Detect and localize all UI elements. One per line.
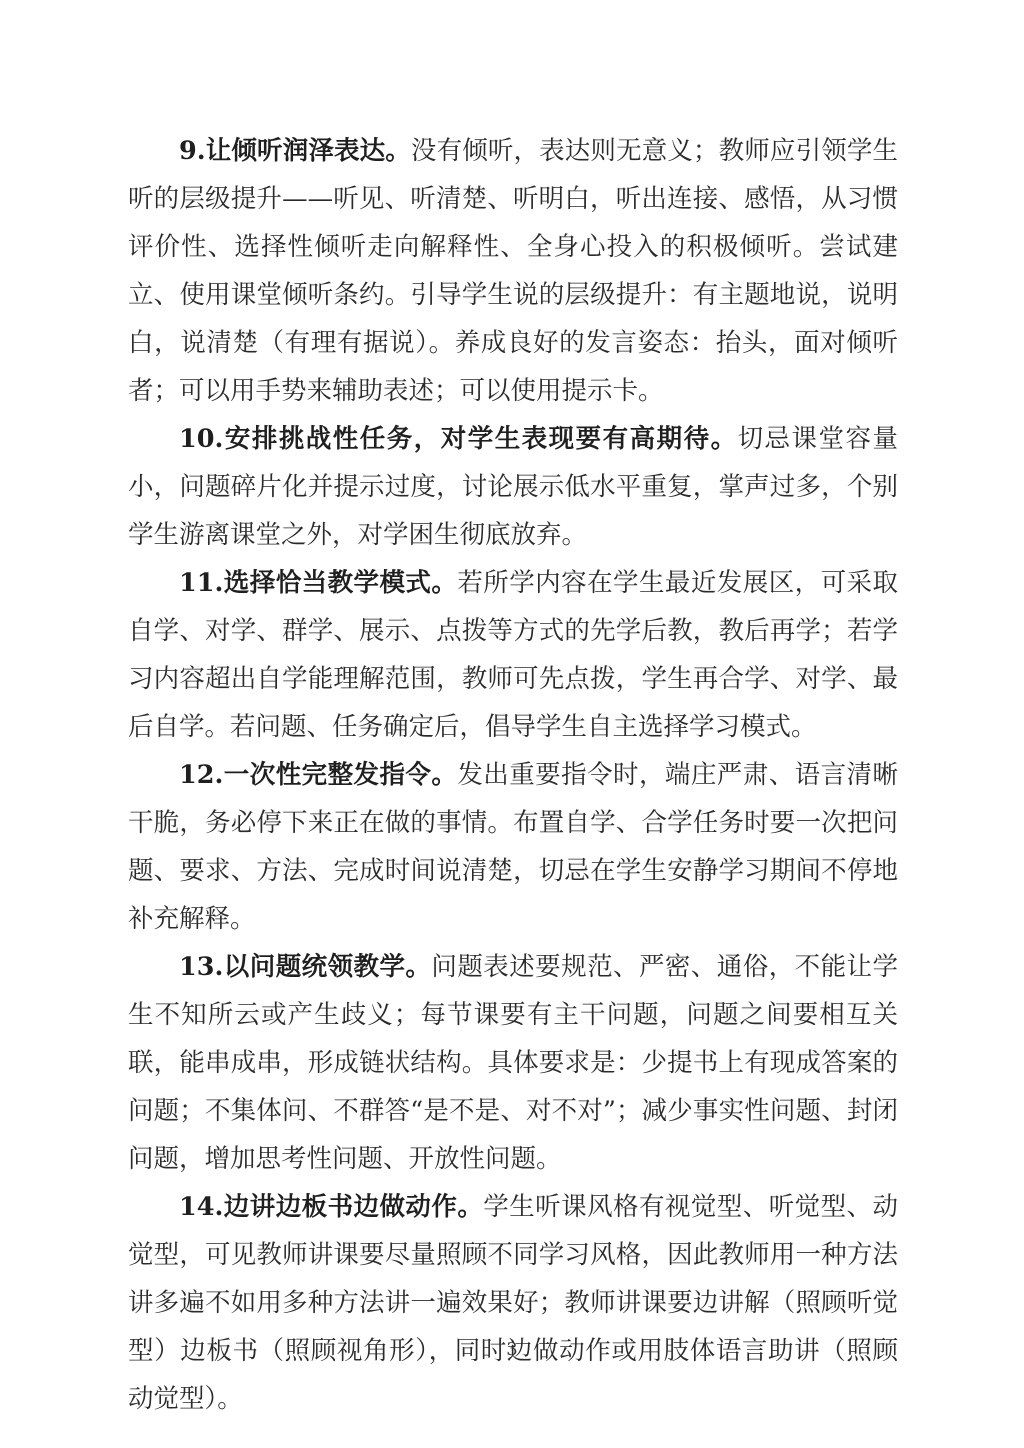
paragraph-14-heading: 14.边讲边板书边做动作。: [179, 1192, 483, 1222]
paragraph-11-heading: 11.选择恰当教学模式。: [179, 568, 457, 598]
document-body: 9.让倾听润泽表达。没有倾听，表达则无意义；教师应引领学生听的层级提升——听见、…: [128, 127, 898, 1423]
paragraph-13-heading: 13.以问题统领教学。: [179, 952, 431, 982]
paragraph-9-body: 没有倾听，表达则无意义；教师应引领学生听的层级提升——听见、听清楚、听明白，听出…: [128, 136, 898, 406]
paragraph-12: 12.一次性完整发指令。发出重要指令时，端庄严肃、语言清晰干脆，务必停下来正在做…: [128, 751, 898, 943]
page-number: 3: [0, 1338, 1024, 1362]
paragraph-9: 9.让倾听润泽表达。没有倾听，表达则无意义；教师应引领学生听的层级提升——听见、…: [128, 127, 898, 415]
paragraph-13: 13.以问题统领教学。问题表述要规范、严密、通俗，不能让学生不知所云或产生歧义；…: [128, 943, 898, 1183]
paragraph-12-heading: 12.一次性完整发指令。: [179, 760, 457, 790]
paragraph-10: 10.安排挑战性任务，对学生表现要有高期待。切忌课堂容量小，问题碎片化并提示过度…: [128, 415, 898, 559]
paragraph-14-body: 学生听课风格有视觉型、听觉型、动觉型，可见教师讲课要尽量照顾不同学习风格，因此教…: [128, 1192, 898, 1414]
paragraph-11: 11.选择恰当教学模式。若所学内容在学生最近发展区，可采取自学、对学、群学、展示…: [128, 559, 898, 751]
paragraph-9-heading: 9.让倾听润泽表达。: [179, 136, 411, 166]
paragraph-10-heading: 10.安排挑战性任务，对学生表现要有高期待。: [179, 424, 738, 454]
paragraph-14: 14.边讲边板书边做动作。学生听课风格有视觉型、听觉型、动觉型，可见教师讲课要尽…: [128, 1183, 898, 1423]
paragraph-13-body: 问题表述要规范、严密、通俗，不能让学生不知所云或产生歧义；每节课要有主干问题，问…: [128, 952, 898, 1174]
document-page: 9.让倾听润泽表达。没有倾听，表达则无意义；教师应引领学生听的层级提升——听见、…: [0, 0, 1024, 1448]
